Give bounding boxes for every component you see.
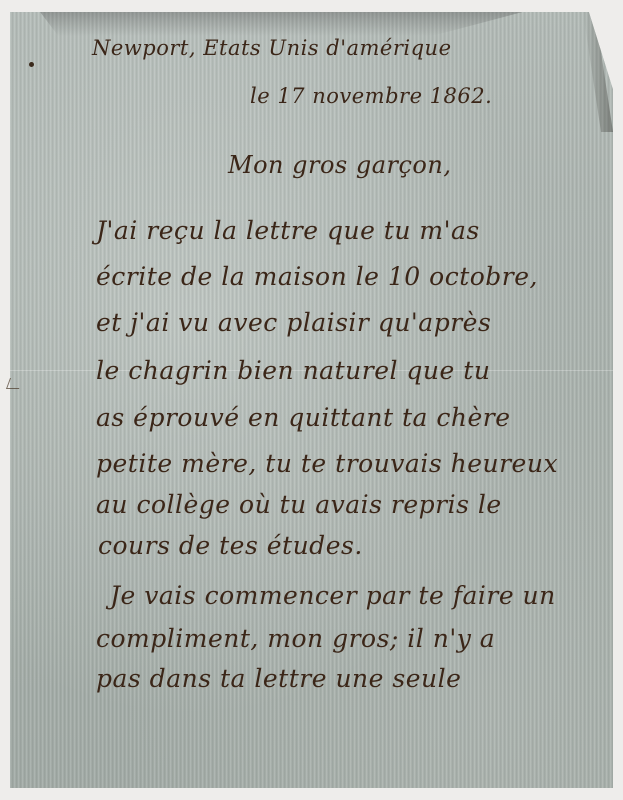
photo-background: Newport, Etats Unis d'amérique le 17 nov… — [0, 0, 623, 800]
body-line: le chagrin bien naturel que tu — [96, 356, 490, 385]
body-line: au collège où tu avais repris le — [96, 490, 502, 519]
body-line: petite mère, tu te trouvais heureux — [96, 449, 558, 478]
letter-place: Newport, Etats Unis d'amérique — [92, 36, 452, 60]
body-line: et j'ai vu avec plaisir qu'après — [96, 308, 491, 337]
body-line: pas dans ta lettre une seule — [96, 664, 461, 693]
letter-text: Newport, Etats Unis d'amérique le 17 nov… — [0, 0, 623, 800]
body-line: cours de tes études. — [98, 531, 363, 560]
body-line: écrite de la maison le 10 octobre, — [96, 262, 538, 291]
body-line: J'ai reçu la lettre que tu m'as — [96, 216, 480, 245]
letter-salutation: Mon gros garçon, — [228, 151, 451, 179]
letter-date: le 17 novembre 1862. — [250, 84, 492, 108]
body-line: as éprouvé en quittant ta chère — [96, 403, 511, 432]
body-line: compliment, mon gros; il n'y a — [96, 624, 495, 653]
body-line: Je vais commencer par te faire un — [110, 581, 556, 610]
